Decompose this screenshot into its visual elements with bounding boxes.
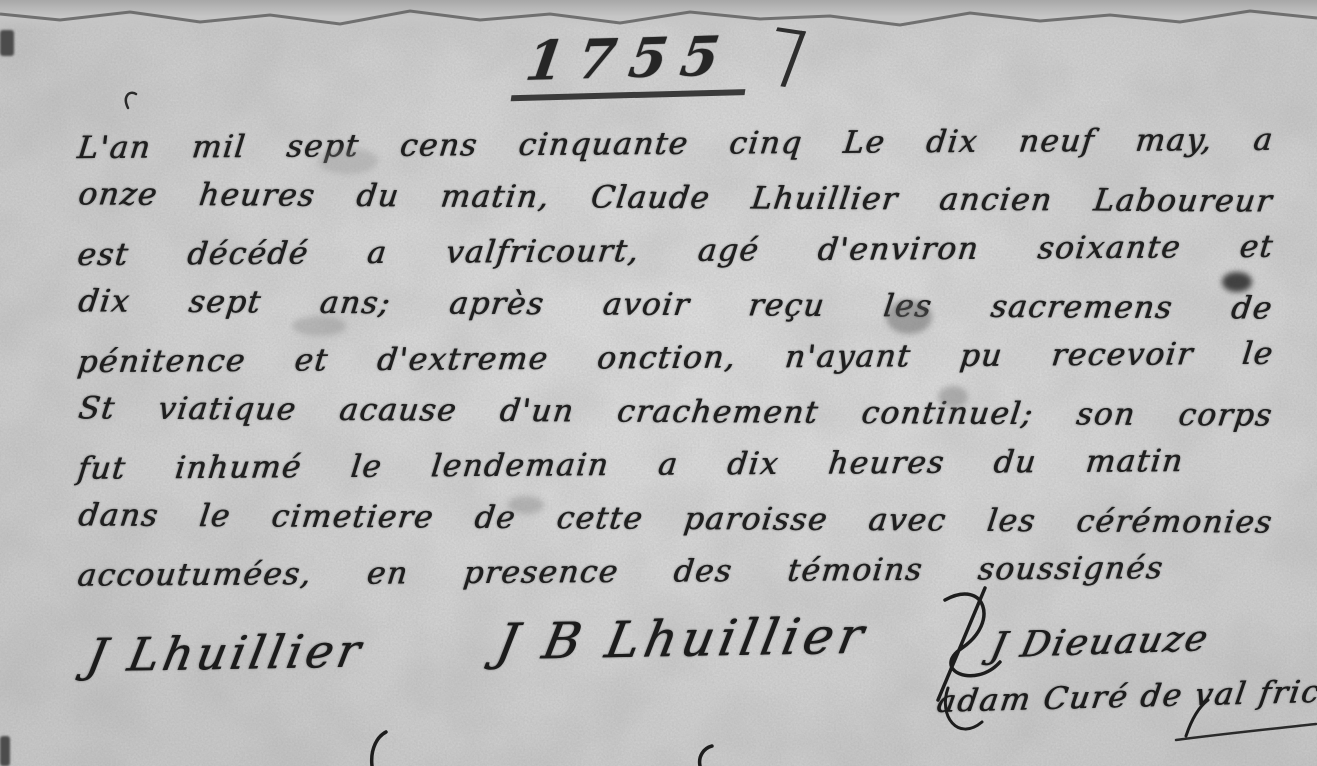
ink-stain [886, 300, 932, 334]
page-edge-mark [0, 30, 14, 56]
signature-underline [1176, 724, 1316, 740]
signature-dieuauze: J Dieuauze [987, 618, 1213, 667]
ink-stain [318, 148, 378, 174]
burial-record-text: L'an mil sept cens cinquante cinq Le dix… [78, 118, 1273, 600]
signature-lhuillier: J Lhuillier [82, 624, 368, 683]
year-heading: 1755 [477, 22, 789, 104]
record-line-5: pénitence et d'extreme onction, n'ayant … [74, 328, 1276, 390]
year-text: 1755 [510, 23, 755, 101]
ink-stain [508, 496, 544, 514]
record-line-3: est décédé a valfricourt, agé d'environ … [74, 221, 1276, 283]
ink-stain [1222, 272, 1252, 292]
ink-stain [938, 386, 968, 408]
record-line-1: L'an mil sept cens cinquante cinq Le dix… [74, 114, 1276, 176]
parish-register-scan: 1755 L'an mil sept cens cinquante cinq L… [0, 0, 1317, 766]
ink-stain [292, 316, 346, 336]
signature-cure-adam: adam Curé de val fricourt [934, 672, 1317, 720]
partial-stroke-next-entry [700, 746, 712, 766]
record-line-8: dans le cimetiere de cette paroisse avec… [75, 489, 1276, 550]
stray-ink-mark [126, 93, 136, 108]
record-line-2: onze heures du matin, Claude Lhuillier a… [75, 168, 1276, 229]
page-edge-mark [0, 736, 10, 766]
record-line-4: dix sept ans; après avoir reçu les sacre… [75, 275, 1276, 336]
record-line-9: accoutumées, en presence des témoins sou… [74, 542, 1166, 603]
partial-stroke-next-entry [372, 732, 386, 766]
record-line-7: fut inhumé le lendemain a dix heures du … [74, 435, 1186, 496]
record-line-6: St viatique acause d'un crachement conti… [75, 382, 1276, 443]
signature-jb-lhuillier: J B Lhuillier [492, 607, 873, 671]
bracket-mark [757, 27, 806, 87]
